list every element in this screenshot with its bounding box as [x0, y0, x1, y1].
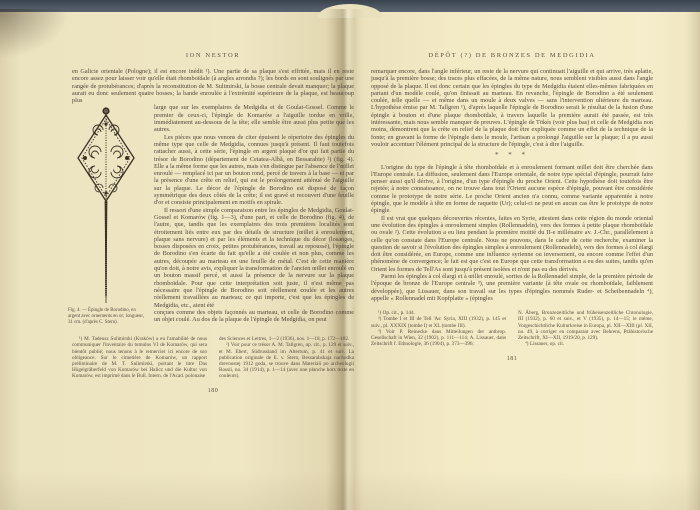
right-footnotes: ¹) Op. cit., p. 144. ²) Tombe I et III d… — [371, 310, 653, 347]
left-page-number: 180 — [72, 388, 354, 394]
footnote: ³) Voir P. Reinecke dans Mitteilungen de… — [371, 329, 506, 347]
paragraph: Parmi les épingles à col élargi et à œil… — [371, 273, 653, 302]
left-running-head: ION NESTOR — [72, 52, 354, 59]
figure-block: Fig. 4. — Épingle de Borodino, en argent… — [66, 106, 146, 326]
footnote-column: N. Åberg, Bronzezeitliche und früheisenz… — [518, 310, 653, 347]
bottom-vignette — [0, 470, 700, 510]
footnote-column: ¹) Op. cit., p. 144. ²) Tombe I et III d… — [371, 310, 506, 347]
borodino-pin-figure — [73, 106, 139, 304]
footnote: ²) Tombe I et III de Tell 'As: Syria, XI… — [371, 316, 506, 328]
footnote: N. Åberg, Bronzezeitliche und früheisenz… — [518, 310, 653, 341]
footnote-column: des Sciences et Lettres, 1—2 (1936), nos… — [219, 336, 354, 379]
footnote: ²) Voir pour ce trésor A. M. Tallgren, o… — [219, 342, 354, 379]
paragraph: Il est vrai que quelques découvertes réc… — [371, 215, 653, 273]
right-running-head: DÉPÔT (?) DE BRONZES DE MEDGIDIA — [371, 52, 653, 59]
left-page: ION NESTOR en Galicie orientale (Pologne… — [72, 52, 354, 394]
left-footnotes: ¹) M. Tadeusz Sulimirski (Kraków) a eu l… — [72, 336, 354, 379]
book-spread-photo: { "book": { "left_page": { "header": "IO… — [0, 0, 700, 510]
right-edge-shadow — [686, 9, 700, 510]
footnote: ⁴) Lissauer, op. cit. — [518, 341, 653, 347]
right-page-body: remarquer encore, dans l'angle inférieur… — [371, 68, 653, 302]
footnote-column: ¹) M. Tadeusz Sulimirski (Kraków) a eu l… — [72, 336, 207, 379]
figure-caption: Fig. 4. — Épingle de Borodino, en argent… — [66, 308, 146, 326]
right-page-number: 181 — [371, 356, 653, 362]
paragraph: L'origine du type de l'épingle à tête rh… — [371, 164, 653, 215]
footnote: ¹) M. Tadeusz Sulimirski (Kraków) a eu l… — [72, 336, 207, 379]
paragraph: en Galicie orientale (Pologne); il est e… — [72, 68, 354, 104]
right-page: DÉPÔT (?) DE BRONZES DE MEDGIDIA remarqu… — [371, 52, 653, 362]
paragraph: remarquer encore, dans l'angle inférieur… — [371, 68, 653, 148]
asterism-separator: * * * — [371, 152, 653, 159]
corner-shadow — [0, 9, 70, 59]
left-page-body: en Galicie orientale (Pologne); il est e… — [72, 68, 354, 328]
